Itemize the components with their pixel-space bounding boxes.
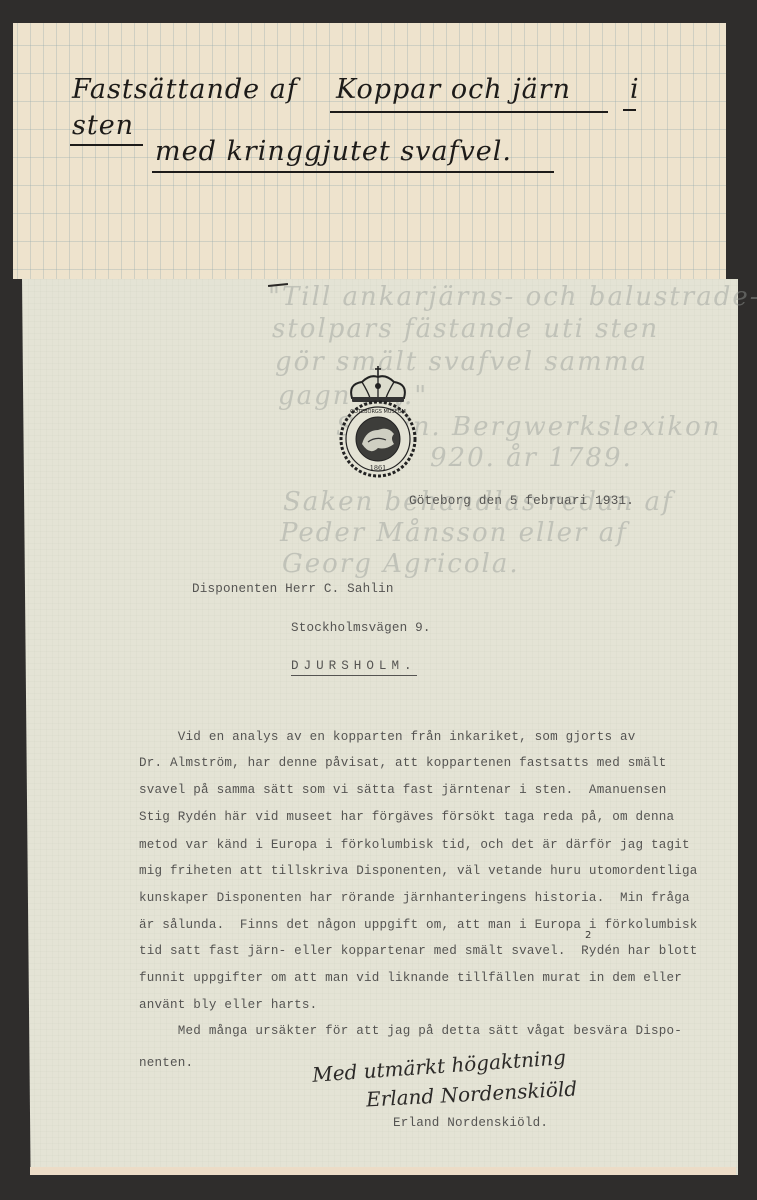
underline — [152, 171, 554, 173]
note-title-part5: med kringgjutet svafvel. — [155, 136, 512, 167]
body-line: svavel på samma sätt som vi sätta fast j… — [139, 783, 667, 797]
body-line: Med många ursäkter för att jag på detta … — [139, 1024, 682, 1038]
body-line: nenten. — [139, 1056, 193, 1070]
museum-emblem-icon: GÖTEBORGS MUSEUM 1861 — [338, 364, 418, 480]
body-line: Stig Rydén här vid museet har förgäves f… — [139, 810, 674, 824]
body-line: kunskaper Disponenten har rörande järnha… — [139, 891, 690, 905]
recipient-name: Disponenten Herr C. Sahlin — [192, 582, 394, 596]
typed-signature: Erland Nordenskiöld. — [393, 1116, 548, 1130]
body-line: använt bly eller harts. — [139, 998, 317, 1012]
body-line: metod var känd i Europa i förkolumbisk t… — [139, 838, 690, 852]
body-line: tid satt fast järn- eller koppartenar me… — [139, 944, 698, 958]
emblem-ring-text: GÖTEBORGS MUSEUM — [350, 408, 406, 415]
dateline: Göteborg den 5 februari 1931. — [409, 494, 634, 508]
note-title-part3: i — [630, 74, 640, 105]
recipient-street: Stockholmsvägen 9. — [291, 621, 431, 635]
body-line: Vid en analys av en kopparten från inkar… — [139, 730, 635, 744]
sheet-edge — [30, 1167, 736, 1175]
pencil-note-line: 920. år 1789. — [430, 443, 633, 473]
emblem-year: 1861 — [370, 464, 387, 472]
note-title-part4: sten — [72, 110, 134, 141]
note-title-part2: Koppar och järn — [336, 74, 571, 105]
underline — [70, 144, 143, 146]
body-line: mig friheten att tillskriva Disponenten,… — [139, 864, 698, 878]
pencil-note-line: gör smält svafvel samma — [275, 347, 648, 377]
pencil-note-line: Georg Agricola. — [282, 549, 520, 579]
pencil-note-line: stolpars fästande uti sten — [272, 314, 659, 344]
footnote-mark: 2 — [585, 930, 591, 941]
pencil-note-line: "Till ankarjärns- och balustrade- — [268, 282, 757, 312]
recipient-city: DJURSHOLM. — [291, 659, 417, 676]
pencil-note-line: Peder Månsson eller af — [280, 518, 628, 548]
body-line: är sålunda. Finns det någon uppgift om, … — [139, 918, 698, 932]
underline — [330, 111, 608, 113]
body-line: Dr. Almström, har denne påvisat, att kop… — [139, 756, 667, 770]
note-title-part1: Fastsättande af — [72, 74, 298, 105]
body-line: funnit uppgifter om att man vid liknande… — [139, 971, 682, 985]
underline — [623, 109, 636, 111]
